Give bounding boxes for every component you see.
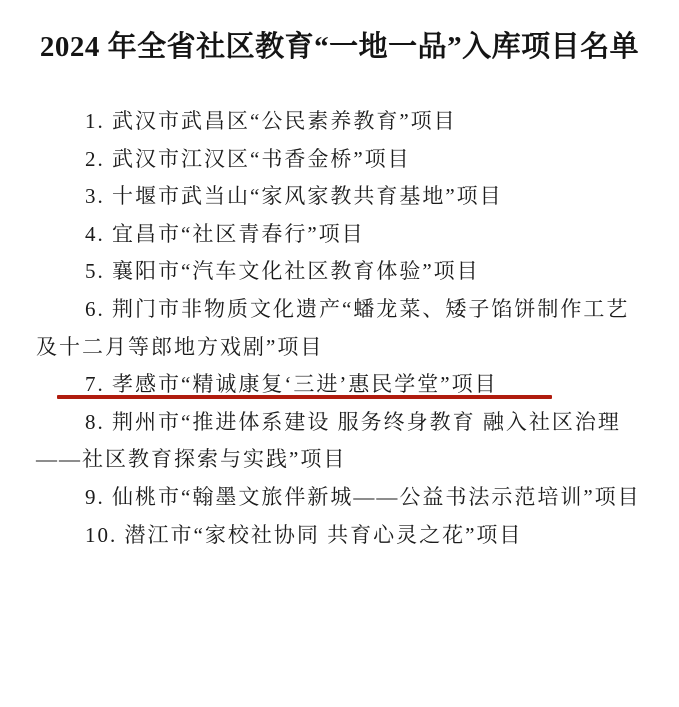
list-item: 5. 襄阳市“汽车文化社区教育体验”项目 xyxy=(36,253,642,291)
document-page: 2024 年全省社区教育“一地一品”入库项目名单 1. 武汉市武昌区“公民素养教… xyxy=(0,0,679,707)
list-item-line: 8. 荆州市“推进体系建设 服务终身教育 融入社区治理 xyxy=(36,404,642,442)
list-item: 4. 宜昌市“社区青春行”项目 xyxy=(36,216,642,254)
list-item-line: 1. 武汉市武昌区“公民素养教育”项目 xyxy=(36,103,642,141)
list-item: 8. 荆州市“推进体系建设 服务终身教育 融入社区治理——社区教育探索与实践”项… xyxy=(36,404,642,479)
document-title: 2024 年全省社区教育“一地一品”入库项目名单 xyxy=(0,24,679,65)
list-item-line: ——社区教育探索与实践”项目 xyxy=(36,441,642,479)
list-item-line: 9. 仙桃市“翰墨文旅伴新城——公益书法示范培训”项目 xyxy=(36,479,642,517)
list-item-line: 2. 武汉市江汉区“书香金桥”项目 xyxy=(36,141,642,179)
list-item: 10. 潜江市“家校社协同 共育心灵之花”项目 xyxy=(36,517,642,555)
list-item: 7. 孝感市“精诚康复‘三进’惠民学堂”项目 xyxy=(36,366,642,404)
list-item: 6. 荆门市非物质文化遗产“蟠龙菜、矮子馅饼制作工艺及十二月等郎地方戏剧”项目 xyxy=(36,291,642,366)
list-item: 1. 武汉市武昌区“公民素养教育”项目 xyxy=(36,103,642,141)
project-list: 1. 武汉市武昌区“公民素养教育”项目2. 武汉市江汉区“书香金桥”项目3. 十… xyxy=(36,103,642,554)
list-item-line: 10. 潜江市“家校社协同 共育心灵之花”项目 xyxy=(36,517,642,555)
list-item-line: 4. 宜昌市“社区青春行”项目 xyxy=(36,216,642,254)
list-item-line: 5. 襄阳市“汽车文化社区教育体验”项目 xyxy=(36,253,642,291)
list-item: 9. 仙桃市“翰墨文旅伴新城——公益书法示范培训”项目 xyxy=(36,479,642,517)
list-item-line: 6. 荆门市非物质文化遗产“蟠龙菜、矮子馅饼制作工艺 xyxy=(36,291,642,329)
list-item: 2. 武汉市江汉区“书香金桥”项目 xyxy=(36,141,642,179)
list-item: 3. 十堰市武当山“家风家教共育基地”项目 xyxy=(36,178,642,216)
list-item-line: 3. 十堰市武当山“家风家教共育基地”项目 xyxy=(36,178,642,216)
red-underline-annotation xyxy=(57,395,552,399)
list-item-line: 及十二月等郎地方戏剧”项目 xyxy=(36,329,642,367)
list-item-line: 7. 孝感市“精诚康复‘三进’惠民学堂”项目 xyxy=(36,366,642,404)
